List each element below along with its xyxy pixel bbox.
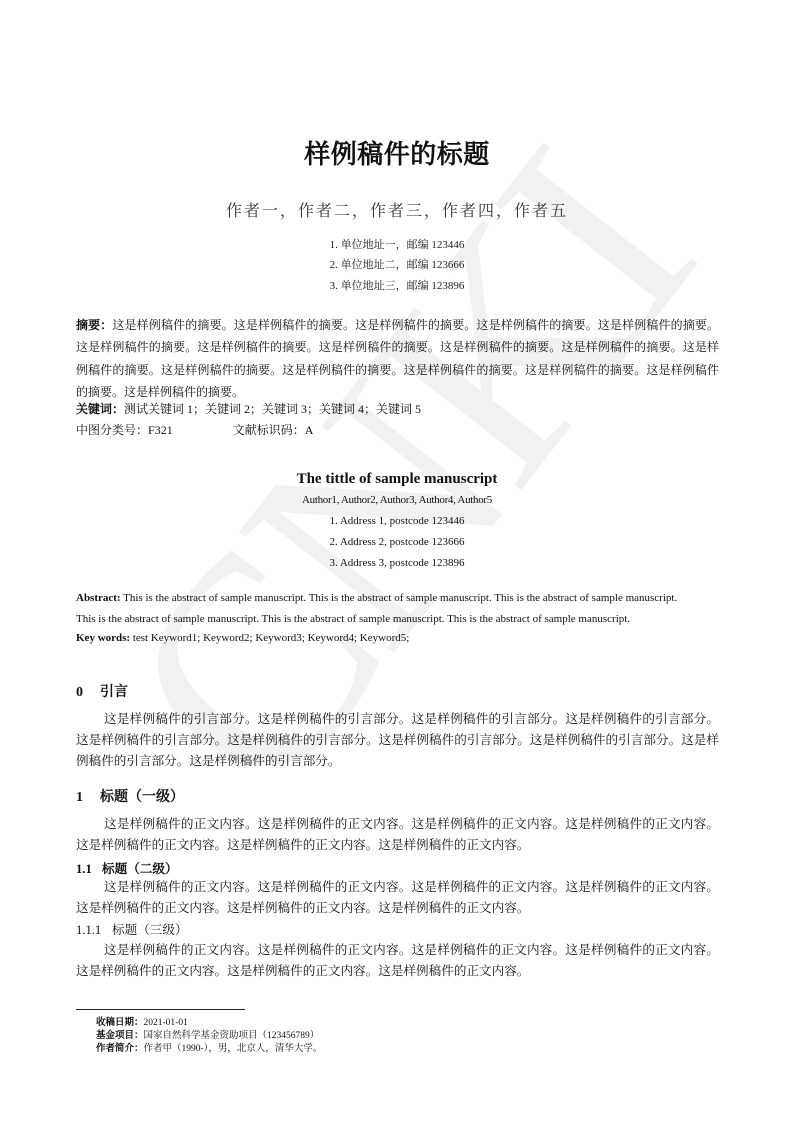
authors-en: Author1, Author2, Author3, Author4, Auth… xyxy=(0,494,794,506)
keywords-cn: 关键词：测试关键词 1；关键词 2；关键词 3；关键词 4；关键词 5 xyxy=(76,399,719,419)
affiliation-cn-2: 2. 单位地址二，邮编 123666 xyxy=(0,256,794,272)
abstract-en-label: Abstract: xyxy=(76,592,121,604)
footnote-author-bio: 作者简介：作者甲（1990-），男，北京人，清华大学。 xyxy=(96,1042,322,1056)
authors-cn: 作者一，作者二，作者三，作者四，作者五 xyxy=(0,198,794,221)
classification-cn: 中图分类号：F321文献标识码：A xyxy=(76,420,719,440)
title-en: The tittle of sample manuscript xyxy=(0,471,794,488)
clc-label: 中图分类号： xyxy=(76,423,148,437)
keywords-cn-label: 关键词： xyxy=(76,402,124,416)
abstract-en-line-2: This is the abstract of sample manuscrip… xyxy=(76,609,719,630)
abstract-en-line-1: Abstract: This is the abstract of sample… xyxy=(76,588,719,609)
keywords-en: Key words: test Keyword1; Keyword2; Keyw… xyxy=(76,630,719,646)
affiliation-en-3: 3. Address 3, postcode 123896 xyxy=(0,557,794,569)
footnote-funding: 基金项目：国家自然科学基金资助项目（123456789） xyxy=(96,1029,319,1043)
section-1-heading: 1标题（一级） xyxy=(76,786,184,806)
affiliation-cn-3: 3. 单位地址三，邮编 123896 xyxy=(0,277,794,293)
affiliation-cn-1: 1. 单位地址一，邮编 123446 xyxy=(0,236,794,252)
section-1-text: 这是样例稿件的正文内容。这是样例稿件的正文内容。这是样例稿件的正文内容。这是样例… xyxy=(76,814,719,856)
abstract-cn-label: 摘要： xyxy=(76,318,112,332)
section-1-1-text: 这是样例稿件的正文内容。这是样例稿件的正文内容。这是样例稿件的正文内容。这是样例… xyxy=(76,877,719,919)
section-0-text: 这是样例稿件的引言部分。这是样例稿件的引言部分。这是样例稿件的引言部分。这是样例… xyxy=(76,709,719,772)
affiliation-en-2: 2. Address 2, postcode 123666 xyxy=(0,536,794,548)
doc-code-value: A xyxy=(305,423,314,437)
footnote-rule xyxy=(76,1009,245,1010)
abstract-cn: 摘要：这是样例稿件的摘要。这是样例稿件的摘要。这是样例稿件的摘要。这是样例稿件的… xyxy=(76,314,719,403)
doc-code-label: 文献标识码： xyxy=(233,423,305,437)
paper-page: CNKI 样例稿件的标题 作者一，作者二，作者三，作者四，作者五 1. 单位地址… xyxy=(0,0,794,1123)
abstract-en: Abstract: This is the abstract of sample… xyxy=(76,588,719,631)
section-1-1-1-heading: 1.1.1标题（三级） xyxy=(76,919,188,938)
abstract-cn-text: 这是样例稿件的摘要。这是样例稿件的摘要。这是样例稿件的摘要。这是样例稿件的摘要。… xyxy=(76,318,719,399)
clc-value: F321 xyxy=(148,423,173,437)
keywords-cn-text: 测试关键词 1；关键词 2；关键词 3；关键词 4；关键词 5 xyxy=(124,402,421,416)
keywords-en-text: test Keyword1; Keyword2; Keyword3; Keywo… xyxy=(130,632,409,644)
affiliation-en-1: 1. Address 1, postcode 123446 xyxy=(0,515,794,527)
keywords-en-label: Key words: xyxy=(76,632,130,644)
title-cn: 样例稿件的标题 xyxy=(0,134,794,171)
footnote-received-date: 收稿日期：2021-01-01 xyxy=(96,1016,188,1030)
section-1-1-heading: 1.1标题（二级） xyxy=(76,858,178,877)
section-1-1-1-text: 这是样例稿件的正文内容。这是样例稿件的正文内容。这是样例稿件的正文内容。这是样例… xyxy=(76,940,719,982)
section-0-heading: 0引言 xyxy=(76,681,128,701)
